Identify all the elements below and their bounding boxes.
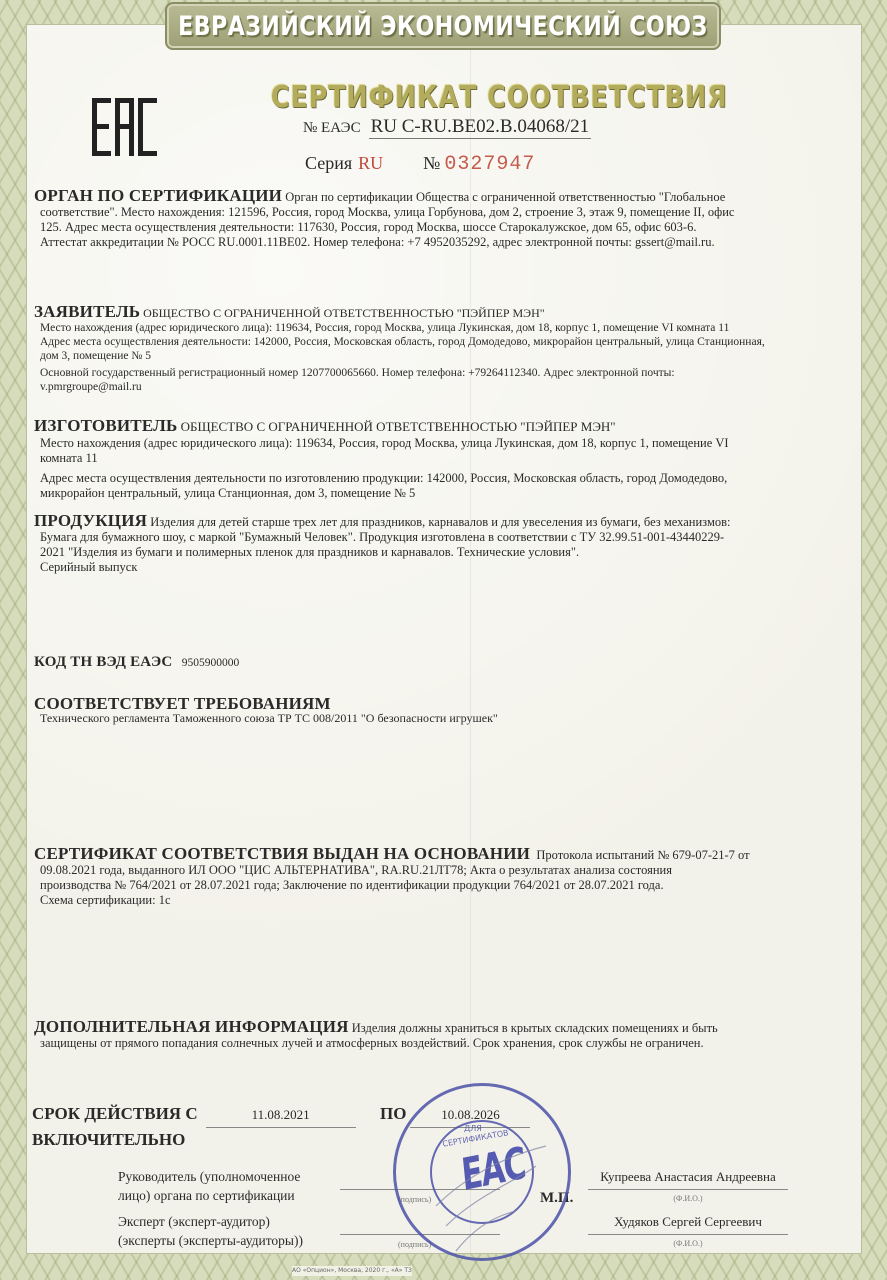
- eac-logo-icon: [92, 98, 158, 156]
- section-heading: СЕРТИФИКАТ СООТВЕТСТВИЯ ВЫДАН НА ОСНОВАН…: [34, 844, 530, 863]
- reg-prefix: № ЕАЭС: [303, 120, 361, 137]
- section-heading: ОРГАН ПО СЕРТИФИКАЦИИ: [34, 186, 282, 205]
- section-certification-body: ОРГАН ПО СЕРТИФИКАЦИИ Орган по сертифика…: [34, 188, 834, 250]
- registration-number: № ЕАЭС RU C-RU.BE02.B.04068/21: [303, 116, 591, 139]
- section-heading: ИЗГОТОВИТЕЛЬ: [34, 416, 177, 435]
- section-heading: ДОПОЛНИТЕЛЬНАЯ ИНФОРМАЦИЯ: [34, 1017, 349, 1036]
- section-heading: СООТВЕТСТВУЕТ ТРЕБОВАНИЯМ: [34, 696, 834, 711]
- number-label: №: [423, 153, 440, 174]
- validity-period: СРОК ДЕЙСТВИЯ С11.08.2021 ПО10.08.2026 В…: [32, 1102, 356, 1152]
- series-value: RU: [358, 153, 383, 174]
- section-applicant: ЗАЯВИТЕЛЬ ОБЩЕСТВО С ОГРАНИЧЕННОЙ ОТВЕТС…: [34, 305, 834, 394]
- reg-number-value: RU C-RU.BE02.B.04068/21: [369, 116, 592, 139]
- section-heading: ЗАЯВИТЕЛЬ: [34, 302, 140, 321]
- validity-inclusive-label: ВКЛЮЧИТЕЛЬНО: [32, 1128, 356, 1152]
- section-manufacturer: ИЗГОТОВИТЕЛЬ ОБЩЕСТВО С ОГРАНИЧЕННОЙ ОТВ…: [34, 418, 834, 502]
- fio-caption: (Ф.И.О.): [588, 1189, 788, 1208]
- validity-from-date: 11.08.2021: [206, 1103, 356, 1128]
- official-stamp-icon: ДЛЯ СЕРТИФИКАТОВ EAC: [393, 1083, 571, 1261]
- number-value: 0327947: [444, 153, 535, 176]
- section-hs-code: КОД ТН ВЭД ЕАЭС 9505900000: [34, 655, 834, 671]
- printer-label: АО «Опцион», Москва, 2020 г., «А» ТЗ № 3…: [292, 1266, 412, 1276]
- signature-scribble-icon: [396, 1086, 574, 1264]
- series-label: Серия: [305, 153, 352, 174]
- union-banner: ЕВРАЗИЙСКИЙ ЭКОНОМИЧЕСКИЙ СОЮЗ: [165, 2, 721, 50]
- union-title: ЕВРАЗИЙСКИЙ ЭКОНОМИЧЕСКИЙ СОЮЗ: [178, 11, 708, 42]
- head-name: Купреева Анастасия Андреевна: [588, 1167, 788, 1190]
- section-heading: КОД ТН ВЭД ЕАЭС: [34, 654, 172, 670]
- section-product: ПРОДУКЦИЯ Изделия для детей старше трех …: [34, 513, 834, 575]
- expert-name: Худяков Сергей Сергеевич: [588, 1212, 788, 1235]
- section-basis: СЕРТИФИКАТ СООТВЕТСТВИЯ ВЫДАН НА ОСНОВАН…: [34, 846, 834, 908]
- fio-caption: (Ф.И.О.): [588, 1234, 788, 1253]
- series-line: Серия RU № 0327947: [305, 153, 535, 176]
- certificate-title: СЕРТИФИКАТ СООТВЕТСТВИЯ: [271, 80, 620, 115]
- validity-from-label: СРОК ДЕЙСТВИЯ С: [32, 1104, 198, 1123]
- section-heading: ПРОДУКЦИЯ: [34, 511, 147, 530]
- section-requirements: СООТВЕТСТВУЕТ ТРЕБОВАНИЯМ Технического р…: [34, 696, 834, 726]
- section-additional-info: ДОПОЛНИТЕЛЬНАЯ ИНФОРМАЦИЯ Изделия должны…: [34, 1019, 834, 1051]
- hs-code-value: 9505900000: [182, 657, 240, 669]
